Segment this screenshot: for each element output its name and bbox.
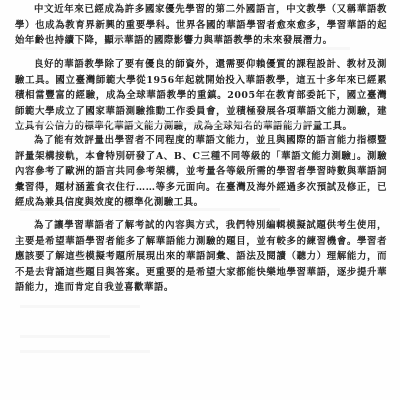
scan-bleed-through (20, 305, 140, 308)
scan-bleed-through (20, 47, 350, 50)
scanned-document-page: 中文近年來已經成為許多國家優先學習的第二外國語言，中文教學（又稱華語教學）也成為… (0, 0, 400, 400)
paragraph-mock-test-purpose: 為了讓學習華語者了解考試的內容與方式，我們特別編輯模擬試題供考生使用，主要是希望… (15, 218, 387, 296)
paragraph-test-levels: 為了能有效評量出學習者不同程度的華語文能力，並且與國際的語言能力指標暨評量架構接… (15, 133, 387, 211)
scan-bleed-through (20, 122, 320, 125)
scan-bleed-through (20, 208, 280, 211)
paragraph-intro: 中文近年來已經成為許多國家優先學習的第二外國語言，中文教學（又稱華語教學）也成為… (15, 2, 387, 49)
scan-bleed-through (20, 335, 110, 338)
scan-bleed-through (20, 350, 150, 353)
